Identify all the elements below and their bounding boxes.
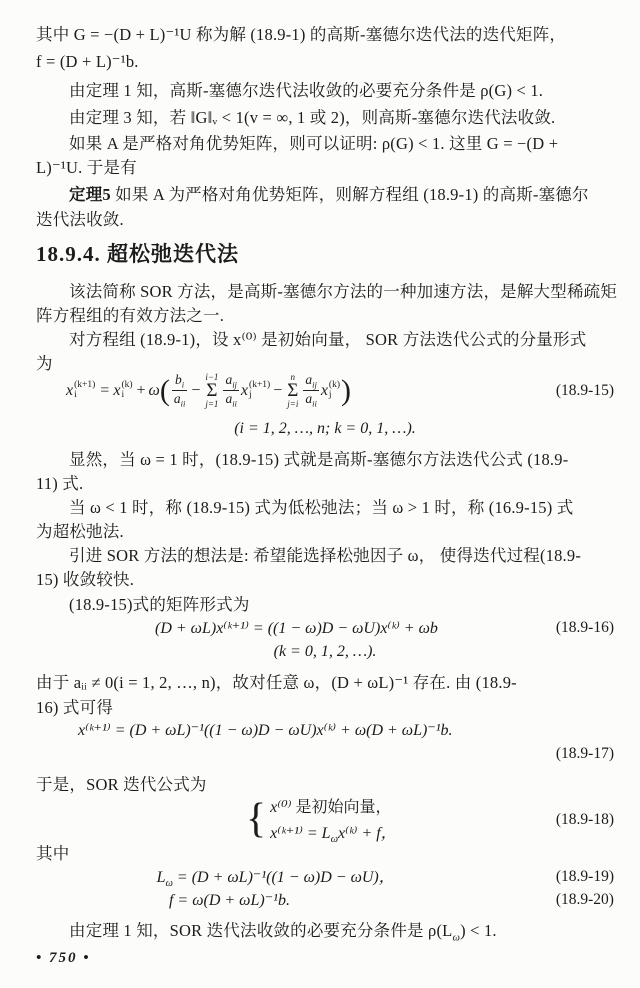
text-line: (18.9-15)式的矩阵形式为 — [36, 594, 614, 616]
section-heading: 18.9.4. 超松弛迭代法 — [36, 238, 614, 268]
eq18-line-2: x⁽ᵏ⁺¹⁾ = Lωx⁽ᵏ⁾ + f， — [270, 820, 397, 845]
text-line: 阵方程组的有效方法之一. — [36, 305, 614, 327]
eq15-lhs-sub: i — [74, 391, 77, 401]
sigma-symbol: Σ — [206, 382, 217, 400]
eq18-l1-text: 是初始向量， — [292, 799, 392, 816]
equation-19: Lω = (D + ωL)⁻¹((1 − ω)D − ωU)， (18.9-19… — [36, 864, 614, 889]
summation-1: i−1Σj=1 — [205, 373, 218, 409]
summation-2: nΣj=i — [287, 373, 298, 409]
eq15-plus: + — [137, 382, 146, 400]
eq18-l2-post: x⁽ᵏ⁾ + f， — [338, 825, 397, 842]
eq19-post: = (D + ωL)⁻¹((1 − ω)D − ωU)， — [173, 869, 395, 886]
eq15-fraction-1: biaii — [172, 372, 187, 410]
eq15-lhs-sup: (k+1) — [74, 381, 95, 391]
equation-number: (18.9-15) — [556, 382, 614, 400]
equation-number: (18.9-16) — [556, 619, 614, 637]
text-line: 其中 — [36, 843, 614, 865]
text-line: 引进 SOR 方法的想法是: 希望能选择松弛因子 ω， 使得迭代过程(18.9- — [36, 545, 614, 567]
equation-16: (D + ωL)x⁽ᵏ⁺¹⁾ = ((1 − ω)D − ωU)x⁽ᵏ⁾ + ω… — [36, 618, 614, 638]
text-line: 11) 式. — [36, 473, 614, 495]
equation-20: f = ω(D + ωL)⁻¹b. (18.9-20) — [36, 890, 614, 910]
text-line: 如果 A 是严格对角优势矩阵，则可以证明: ρ(G) < 1. 这里 G = −… — [36, 133, 614, 155]
theorem-line: 定理5 如果 A 为严格对角优势矩阵，则解方程组 (18.9-1) 的高斯-塞德… — [36, 184, 614, 206]
eq15-t2-base: x — [113, 382, 120, 400]
text-line: 由定理 1 知，高斯-塞德尔迭代法收敛的必要充分条件是 ρ(G) < 1. — [36, 80, 614, 102]
text-line: 对方程组 (18.9-1)，设 x⁽⁰⁾ 是初始向量， SOR 方法迭代公式的分… — [36, 329, 614, 351]
closing-sub: ω — [452, 932, 460, 943]
eq15-constraint: (i = 1, 2, …, n; k = 0, 1, …). — [36, 420, 614, 438]
frac-num: b — [175, 372, 182, 387]
eq19-body: Lω = (D + ωL)⁻¹((1 − ω)D − ωU)， — [117, 864, 395, 889]
text-line: 16) 式可得 — [36, 697, 614, 719]
text-line: 于是，SOR 迭代公式为 — [36, 774, 614, 796]
theorem-text: 如果 A 为严格对角优势矩阵，则解方程组 (18.9-1) 的高斯-塞德尔 — [111, 185, 589, 204]
eq15-minus-2: − — [273, 382, 282, 400]
eq18-l1-math: x⁽⁰⁾ — [270, 799, 291, 816]
frac-num-sub: i — [182, 380, 184, 390]
frac-num-sub: ij — [232, 380, 237, 390]
eq15-fraction-2: aijaii — [223, 372, 238, 410]
equation-number: (18.9-17) — [36, 745, 614, 763]
page-number: • 750 • — [36, 950, 614, 967]
closing-pre: 由定理 1 知，SOR 迭代法收敛的必要充分条件是 ρ(L — [69, 921, 452, 940]
frac-den-sub: ii — [181, 399, 186, 409]
eq20-body: f = ω(D + ωL)⁻¹b. — [169, 890, 290, 910]
sum-lower-limit: j=1 — [205, 400, 218, 409]
text-line: 由定理 3 知，若 ‖G‖ᵥ < 1(v = ∞, 1 或 2)，则高斯-塞德尔… — [36, 107, 614, 129]
eq15-equals: = — [100, 382, 109, 400]
text-line: 显然，当 ω = 1 时，(18.9-15) 式就是高斯-塞德尔方法迭代公式 (… — [36, 449, 614, 471]
eq15-right-paren: ) — [341, 376, 351, 406]
text-line: 由于 aᵢᵢ ≠ 0(i = 1, 2, …, n)，故对任意 ω，(D + ω… — [36, 672, 614, 694]
eq16-body: (D + ωL)x⁽ᵏ⁺¹⁾ = ((1 − ω)D − ωU)x⁽ᵏ⁾ + ω… — [95, 618, 438, 638]
eq15-x3-base: x — [321, 382, 328, 400]
frac-den-sub: ii — [312, 399, 317, 409]
text-line: 其中 G = −(D + L)⁻¹U 称为解 (18.9-1) 的高斯-塞德尔迭… — [36, 24, 614, 46]
eq15-x2-base: x — [241, 382, 248, 400]
text-line: 当 ω < 1 时，称 (18.9-15) 式为低松弛法；当 ω > 1 时，称… — [36, 497, 614, 519]
eq15-left-paren: ( — [160, 376, 170, 406]
eq15-lhs-base: x — [66, 382, 73, 400]
text-line: 15) 收敛较快. — [36, 569, 614, 591]
equation-18: { x⁽⁰⁾ 是初始向量， x⁽ᵏ⁺¹⁾ = Lωx⁽ᵏ⁾ + f， (18.9… — [36, 794, 614, 845]
equation-number: (18.9-19) — [556, 868, 614, 886]
text-line: f = (D + L)⁻¹b. — [36, 51, 614, 73]
eq16-constraint: (k = 0, 1, 2, …). — [36, 643, 614, 661]
book-page: 其中 G = −(D + L)⁻¹U 称为解 (18.9-1) 的高斯-塞德尔迭… — [0, 0, 640, 988]
eq18-l2-pre: x⁽ᵏ⁺¹⁾ = L — [270, 825, 330, 842]
eq15-x3-sup: (k) — [329, 381, 340, 391]
text-line: L)⁻¹U. 于是有 — [36, 157, 614, 179]
closing-line: 由定理 1 知，SOR 迭代法收敛的必要充分条件是 ρ(Lω) < 1. — [36, 920, 614, 945]
left-brace: { — [246, 801, 266, 839]
frac-den-sub: ii — [232, 399, 237, 409]
text-line: 迭代法收敛. — [36, 209, 614, 231]
equation-15: x(k+1)i = x(k)i + ω ( biaii − i−1Σj=1 ai… — [36, 372, 614, 410]
eq15-t2-sup: (k) — [121, 381, 132, 391]
eq15-x3-sub: j — [329, 391, 332, 401]
equation-17: x⁽ᵏ⁺¹⁾ = (D + ωL)⁻¹((1 − ω)D − ωU)x⁽ᵏ⁾ +… — [36, 720, 614, 740]
frac-den: a — [174, 391, 181, 406]
eq15-minus-1: − — [191, 382, 200, 400]
frac-num-sub: ij — [312, 380, 317, 390]
sigma-symbol: Σ — [287, 382, 298, 400]
eq15-x2-sub: j — [249, 391, 252, 401]
theorem-label: 定理5 — [69, 185, 111, 204]
eq15-omega: ω — [149, 382, 160, 400]
eq15-t2-sub: i — [121, 391, 124, 401]
eq18-system: { x⁽⁰⁾ 是初始向量， x⁽ᵏ⁺¹⁾ = Lωx⁽ᵏ⁾ + f， — [246, 794, 397, 845]
text-line: 为超松弛法. — [36, 521, 614, 543]
equation-number: (18.9-20) — [556, 891, 614, 909]
equation-number: (18.9-18) — [556, 811, 614, 829]
text-line: 该法简称 SOR 方法，是高斯-塞德尔方法的一种加速方法，是解大型稀疏矩 — [36, 281, 614, 303]
eq18-line-1: x⁽⁰⁾ 是初始向量， — [270, 794, 397, 817]
closing-post: ) < 1. — [460, 921, 497, 940]
eq15-fraction-3: aijaii — [303, 372, 318, 410]
sum-lower-limit: j=i — [287, 400, 298, 409]
eq19-sub: ω — [165, 878, 172, 889]
eq15-x2-sup: (k+1) — [249, 381, 270, 391]
